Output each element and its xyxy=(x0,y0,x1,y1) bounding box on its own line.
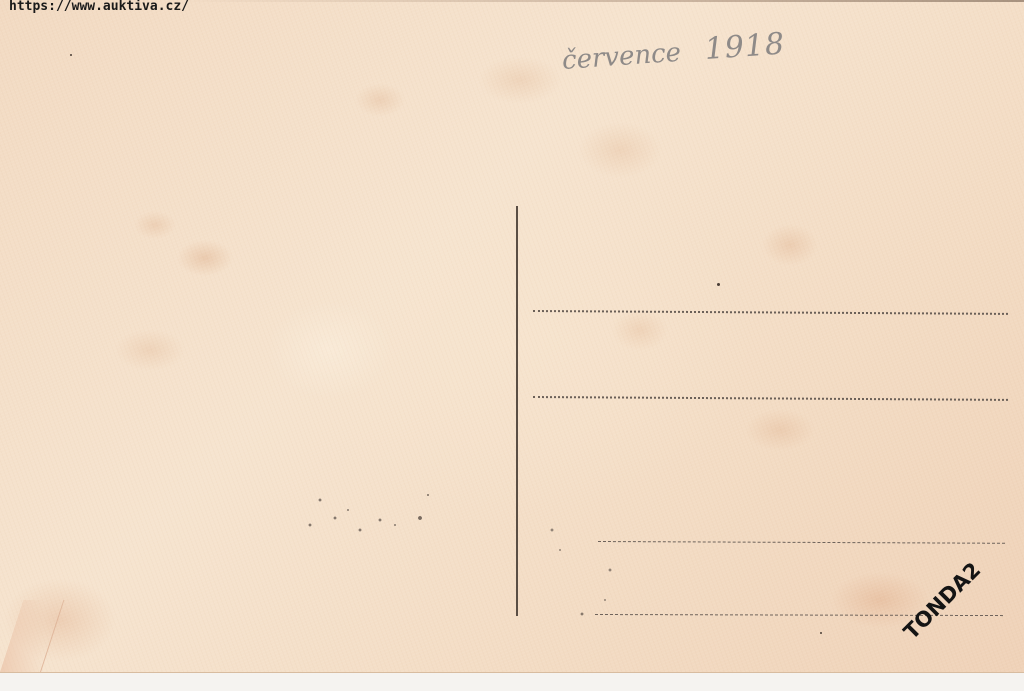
address-line-1 xyxy=(533,310,1008,315)
faded-stamp-marks xyxy=(300,490,440,540)
site-url-watermark: https://www.auktiva.cz/ xyxy=(9,0,189,14)
corner-crease xyxy=(0,600,64,672)
ink-speck xyxy=(820,632,822,634)
faded-stamp-marks xyxy=(540,520,620,620)
handwritten-month: července xyxy=(561,38,682,76)
ink-speck xyxy=(717,283,720,286)
postcard-top-edge xyxy=(180,0,1024,2)
address-line-2 xyxy=(533,396,1008,401)
ink-speck xyxy=(70,54,72,56)
pencil-handwritten-date: července1918 xyxy=(561,26,786,77)
handwritten-year: 1918 xyxy=(704,26,787,67)
address-line-3 xyxy=(598,541,1005,544)
photo-stage: července1918 TONDA2 https://www.auktiva.… xyxy=(0,0,1024,691)
seller-watermark: TONDA2 xyxy=(899,558,985,644)
postcard-back: července1918 TONDA2 xyxy=(0,0,1024,673)
message-address-divider xyxy=(516,206,518,616)
